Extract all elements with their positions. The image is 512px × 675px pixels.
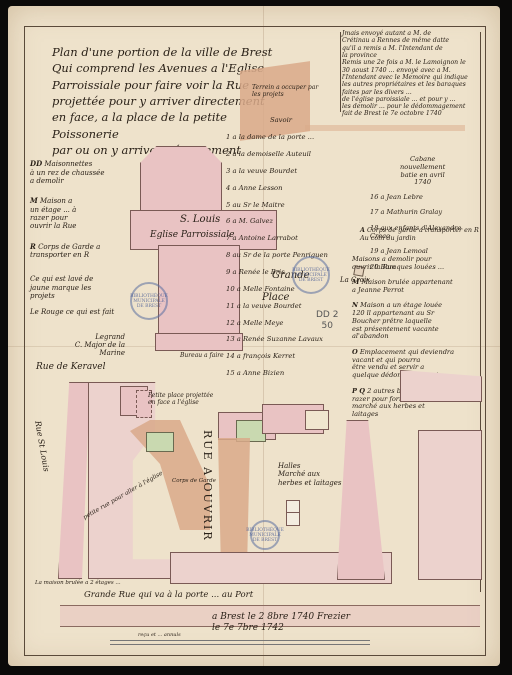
lot-5 — [305, 410, 329, 430]
label-halles: Halles Marché aux herbes et laitages — [278, 462, 341, 487]
library-stamp: BIBLIOTHÈQUE MUNICIPALE DE BREST — [130, 282, 168, 320]
label-rue-a-ouvrir: RUE A OUVRIR — [200, 430, 213, 542]
label-maison-brulee: La maison brulée a 2 étages ... — [35, 580, 121, 586]
legend-right-demolir: Maisons a demolir pour ouvrir la Rue — [352, 256, 482, 272]
owner-2: 2 a la demoiselle Auteuil — [226, 150, 336, 158]
legend-right-a: A Corps de garde a transporter en R Au c… — [360, 227, 480, 242]
label-grande-rue: Grande Rue qui va à la porte ... au Port — [84, 590, 253, 600]
label-corps-garde: Corps de Garde — [172, 478, 216, 484]
owner-3: 3 a la veuve Bourdet — [226, 167, 336, 175]
cabane-header: Cabane nouvellement batie en avril 1740 — [400, 156, 445, 187]
owner-13: 13 a Renée Suzanne Lavaux — [226, 335, 336, 343]
scale-bar — [110, 640, 370, 645]
owner-5: 5 au Sr le Maitre — [226, 201, 336, 209]
cabane-17: 17 a Mathurin Gralay — [370, 209, 480, 217]
owner-6: 6 a M. Galvez — [226, 217, 336, 225]
label-rue-kerauel: Rue de Keravel — [36, 362, 105, 373]
signature-left: Legrand C. Major de la Marine — [30, 333, 125, 358]
cabane-16: 16 a Jean Lebre — [370, 194, 480, 202]
label-place: Place — [262, 292, 289, 304]
legend-right-n: N Maison a un étage louée 120 ll apparte… — [352, 302, 482, 341]
note-box-rule — [340, 32, 341, 112]
legend-left: DD Maisonnettes à un rez de chaussée a d… — [30, 152, 125, 366]
proposal-header: Terrein a occuper par les projets — [252, 84, 318, 98]
library-stamp-3: BIBLIOTHÈQUE MUNICIPALE DE BREST — [250, 520, 280, 550]
church-name: S. Louis — [180, 214, 220, 226]
lot-c-green — [146, 432, 174, 452]
archive-code: DD 2 50 — [316, 310, 338, 331]
block-right-2 — [418, 430, 482, 580]
legend-right-m: M Maison brulée appartenant a Jeanne Per… — [352, 279, 482, 295]
library-stamp-2: BIBLIOTHÈQUE MUNICIPALE DE BREST — [292, 256, 330, 294]
label-petite-place: Petite place projettée en face a l'églis… — [148, 392, 213, 406]
owner-7: 7 a Antoine Larrabot — [226, 234, 336, 242]
church-subtitle: Eglise Parroissiale — [150, 230, 235, 241]
legend-item-dd: DD Maisonnettes à un rez de chaussée a d… — [30, 160, 125, 185]
owners-list: Savoir 1 a la dame de la porte ... 2 a l… — [226, 108, 336, 386]
owner-14: 14 a françois Kerret — [226, 352, 336, 360]
legend-item-r: R Corps de Garde a transporter en R — [30, 243, 125, 260]
owner-4: 4 a Anne Lesson — [226, 184, 336, 192]
owner-1: 1 a la dame de la porte ... — [226, 133, 336, 141]
legend-item-yellow: Ce qui est lavé de jaune marque les proj… — [30, 275, 125, 300]
church-door-label: Bureau a faire — [180, 352, 224, 359]
legend-item-red: Le Rouge ce qui est fait — [30, 308, 125, 316]
owner-15: 15 a Anne Bizien — [226, 369, 336, 377]
lot-q — [286, 512, 300, 526]
note-top-right: Jmais envoyé autant a M. de Crétinau a R… — [342, 30, 482, 118]
legend-item-m: M Maison a un étage ... à razer pour ouv… — [30, 197, 125, 230]
signature-note: reçu et ... annuls — [138, 633, 181, 639]
date-signature: a Brest le 2 8bre 1740 Frezier le 7e 7br… — [212, 612, 350, 633]
